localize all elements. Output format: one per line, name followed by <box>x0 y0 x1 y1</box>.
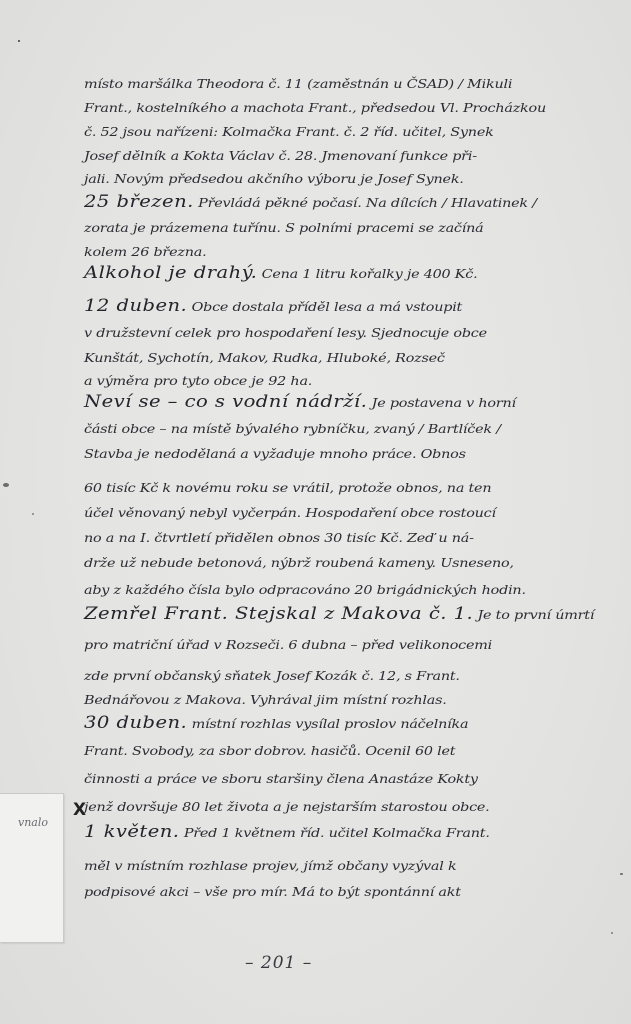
text-line: Josef dělník a Kokta Václav č. 28. Jmeno… <box>84 148 477 163</box>
entry-heading: 1 květen. <box>84 822 179 842</box>
scan-speck <box>3 483 9 487</box>
document-page: místo maršálka Theodora č. 11 (zaměstnán… <box>0 0 631 1024</box>
text-line: Frant., kostelníkého a machota Frant., p… <box>84 100 546 115</box>
text-line: Frant. Svobody, za sbor dobrov. hasičů. … <box>84 743 455 758</box>
text-line: části obce – na místě bývalého rybníčku,… <box>84 421 501 436</box>
entry-line: Neví se – co s vodní nádrží. Je postaven… <box>84 392 516 412</box>
margin-note: vnalo <box>18 816 48 829</box>
scan-speck <box>620 873 623 875</box>
page-number: – 201 – <box>245 953 312 973</box>
text-line: Stavba je nedodělaná a vyžaduje mnoho pr… <box>84 446 466 461</box>
entry-heading: 25 březen. <box>84 192 194 212</box>
text-line: a výměra pro tyto obce je 92 ha. <box>84 373 312 388</box>
scan-speck <box>611 932 613 934</box>
text-line: účel věnovaný nebyl vyčerpán. Hospodařen… <box>84 505 496 520</box>
text-line: aby z každého čísla bylo odpracováno 20 … <box>84 582 526 597</box>
text-line: měl v místním rozhlase projev, jímž obča… <box>84 858 456 873</box>
text-line: v družstevní celek pro hospodaření lesy.… <box>84 325 487 340</box>
text-line: podpisové akci – vše pro mír. Má to být … <box>84 884 461 899</box>
entry-heading: Neví se – co s vodní nádrží. <box>84 392 367 412</box>
text-line: Kunštát, Sychotín, Makov, Rudka, Hluboké… <box>84 350 445 365</box>
entry-line: 1 květen. Před 1 květnem říd. učitel Kol… <box>84 822 490 842</box>
entry-heading: Alkohol je drahý. <box>84 263 257 283</box>
text-line: pro matriční úřad v Rozseči. 6 dubna – p… <box>84 637 492 652</box>
text-line: č. 52 jsou nařízeni: Kolmačka Frant. č. … <box>84 124 494 139</box>
text-line: jenž dovršuje 80 let života a je nejstar… <box>84 799 490 814</box>
text-line: 60 tisíc Kč k novému roku se vrátil, pro… <box>84 480 491 495</box>
margin-cross-mark: X <box>73 800 86 820</box>
entry-heading: Zemřel Frant. Stejskal z Makova č. 1. <box>84 604 473 624</box>
text-line: kolem 26 března. <box>84 244 206 259</box>
entry-line: 12 duben. Obce dostala příděl lesa a má … <box>84 296 462 316</box>
text-line: místo maršálka Theodora č. 11 (zaměstnán… <box>84 76 512 91</box>
margin-paper-slip: vnalo <box>0 793 64 943</box>
entry-line: 25 březen. Převládá pěkné počasí. Na díl… <box>84 192 537 212</box>
text-line: drže už nebude betonová, nýbrž roubená k… <box>84 555 514 570</box>
entry-heading: 12 duben. <box>84 296 187 316</box>
text-line: činnosti a práce ve sboru staršiny člena… <box>84 771 478 786</box>
entry-heading: 30 duben. <box>84 713 187 733</box>
scan-speck <box>32 513 34 515</box>
entry-line: 30 duben. místní rozhlas vysílal proslov… <box>84 713 468 733</box>
scan-speck <box>18 40 20 42</box>
text-line: zde první občanský sňatek Josef Kozák č.… <box>84 668 460 683</box>
entry-line: Alkohol je drahý. Cena 1 litru kořalky j… <box>84 263 477 283</box>
text-line: jali. Novým předsedou akčního výboru je … <box>84 171 464 186</box>
entry-line: Zemřel Frant. Stejskal z Makova č. 1. Je… <box>84 604 594 624</box>
text-line: Bednářovou z Makova. Vyhrával jim místní… <box>84 692 447 707</box>
text-line: zorata je prázemena tuřínu. S polními pr… <box>84 220 483 235</box>
text-line: no a na I. čtvrtletí přidělen obnos 30 t… <box>84 530 474 545</box>
